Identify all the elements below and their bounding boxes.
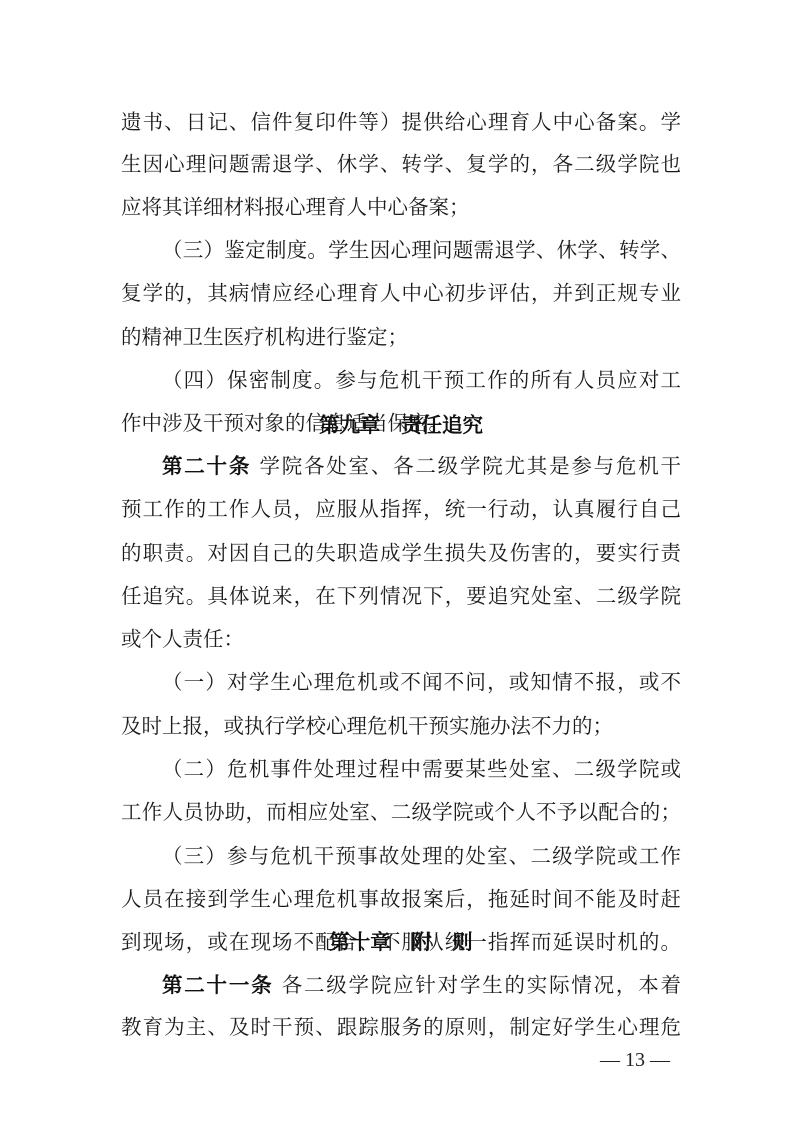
paragraph-line: 或个人责任： [121, 624, 681, 654]
article-text: 各二级学院应针对学生的实际情况，本着 [282, 973, 681, 997]
article-label: 第二十一条 [162, 973, 273, 997]
paragraph-line: 任追究。具体说来，在下列情况下，要追究处室、二级学院 [121, 581, 681, 611]
list-item-line: （三）参与危机干预事故处理的处室、二级学院或工作 [162, 841, 681, 871]
article-21-first-line: 第二十一条 各二级学院应针对学生的实际情况，本着 [162, 970, 681, 1000]
paragraph-line: 复学的，其病情应经心理育人中心初步评估，并到正规专业 [121, 278, 681, 308]
article-label: 第二十条 [162, 454, 251, 478]
paragraph-line: （四）保密制度。参与危机干预工作的所有人员应对工 [162, 365, 681, 395]
list-item-line: 工作人员协助，而相应处室、二级学院或个人不予以配合的； [121, 797, 681, 827]
paragraph-line: （三）鉴定制度。学生因心理问题需退学、休学、转学、 [162, 235, 681, 265]
list-item-line: 及时上报，或执行学校心理危机干预实施办法不力的； [121, 711, 681, 741]
list-item-line: （二）危机事件处理过程中需要某些处室、二级学院或 [162, 754, 681, 784]
paragraph-line: 生因心理问题需退学、休学、转学、复学的，各二级学院也 [121, 149, 681, 179]
paragraph-line: 的职责。对因自己的失职造成学生损失及伤害的，要实行责 [121, 538, 681, 568]
list-item-line: （一）对学生心理危机或不闻不问，或知情不报，或不 [162, 667, 681, 697]
paragraph-line: 预工作的工作人员，应服从指挥，统一行动，认真履行自己 [121, 494, 681, 524]
list-item-line: 人员在接到学生心理危机事故报案后，拖延时间不能及时赶 [121, 884, 681, 914]
paragraph-line: 应将其详细材料报心理育人中心备案； [121, 192, 681, 222]
chapter-heading-10: 第十章 附 则 [121, 927, 681, 957]
paragraph-line: 的精神卫生医疗机构进行鉴定； [121, 322, 681, 352]
chapter-heading-9: 第九章 责任追究 [121, 410, 681, 440]
article-20-first-line: 第二十条 学院各处室、各二级学院尤其是参与危机干 [162, 451, 681, 481]
paragraph-line: 遗书、日记、信件复印件等）提供给心理育人中心备案。学 [121, 107, 681, 137]
page-number: — 13 — [580, 1045, 690, 1075]
document-page: 遗书、日记、信件复印件等）提供给心理育人中心备案。学 生因心理问题需退学、休学、… [0, 0, 799, 1130]
article-text: 学院各处室、各二级学院尤其是参与危机干 [259, 454, 681, 478]
paragraph-line: 教育为主、及时干预、跟踪服务的原则，制定好学生心理危 [121, 1012, 681, 1042]
